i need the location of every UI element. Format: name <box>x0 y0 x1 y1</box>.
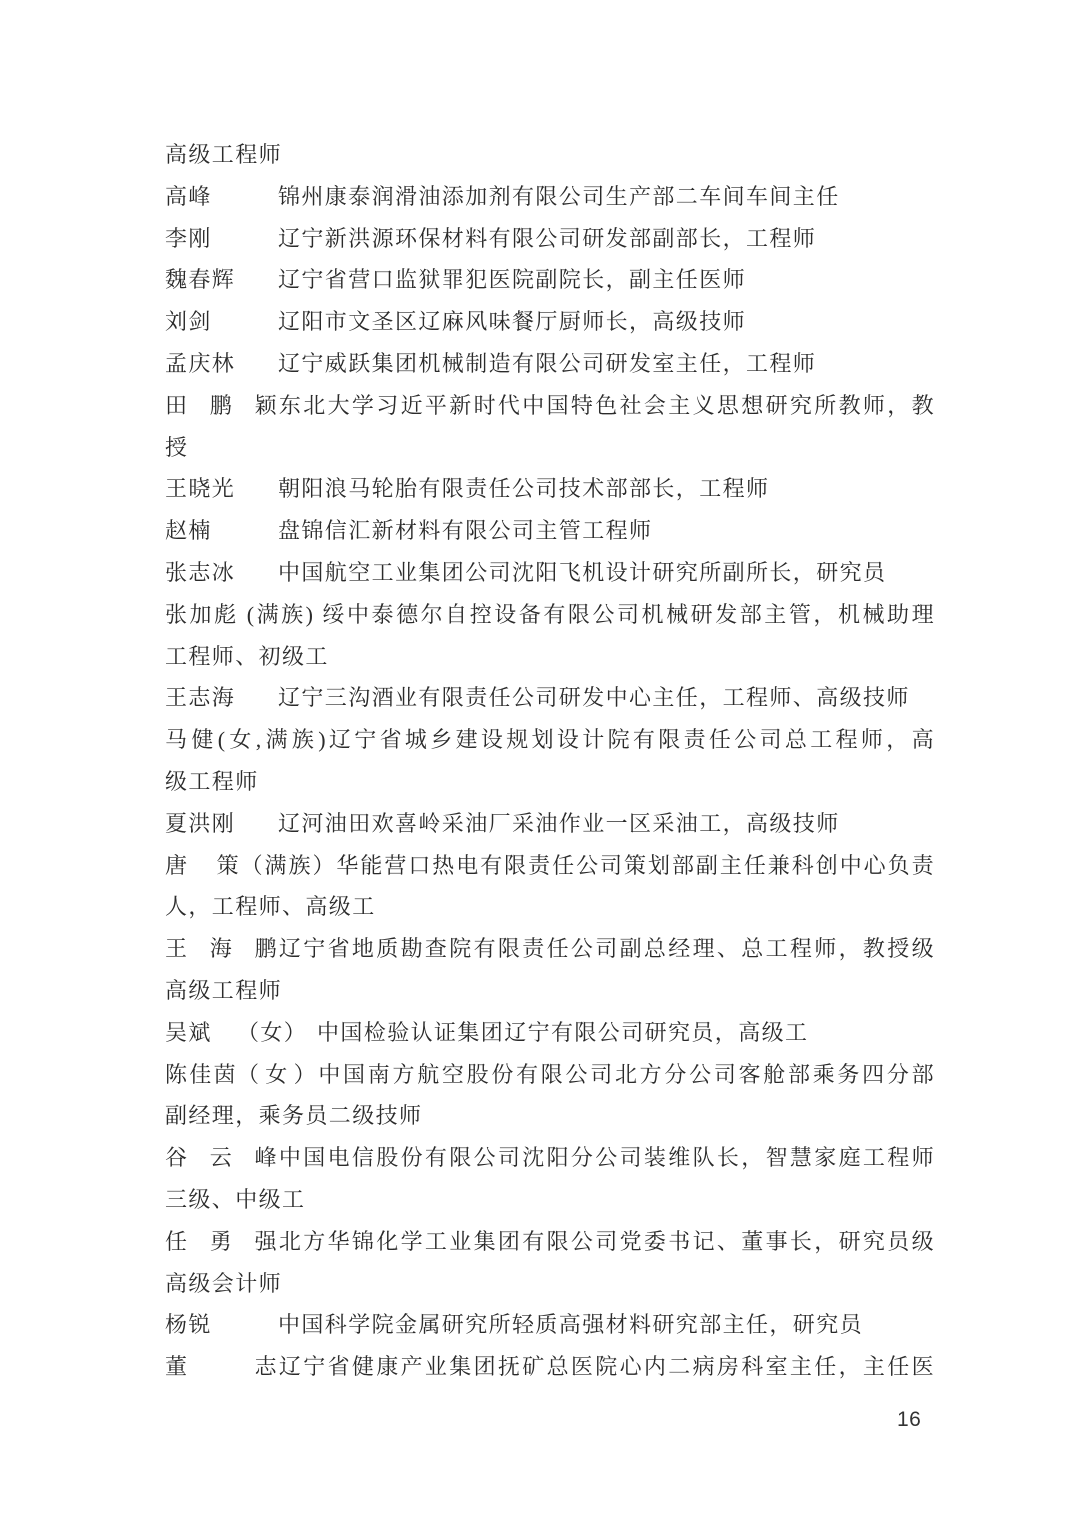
entry-description-continuation: 人，工程师、高级工 <box>165 894 376 919</box>
document-line: 级工程师 <box>165 761 935 803</box>
entry-description-continuation: 高级会计师 <box>165 1271 282 1296</box>
person-name: 董志 <box>165 1346 278 1388</box>
document-line: 副经理，乘务员二级技师 <box>165 1095 935 1137</box>
entry-description: 东北大学习近平新时代中国特色社会主义思想研究所教师，教 <box>278 393 935 418</box>
entry-description: 辽宁省健康产业集团抚矿总医院心内二病房科室主任，主任医 <box>278 1354 935 1379</box>
entry-description: 盘锦信汇新材料有限公司主管工程师 <box>278 518 652 543</box>
document-line: 刘剑辽阳市文圣区辽麻风味餐厅厨师长，高级技师 <box>165 301 935 343</box>
document-line: 魏春辉辽宁省营口监狱罪犯医院副院长，副主任医师 <box>165 259 935 301</box>
person-name: 孟庆林 <box>165 343 278 385</box>
entry-description: 朝阳浪马轮胎有限责任公司技术部部长，工程师 <box>278 476 769 501</box>
document-line: 任勇强北方华锦化学工业集团有限公司党委书记、董事长，研究员级 <box>165 1221 935 1263</box>
gender-annotation: （女） <box>237 1012 317 1054</box>
section-title: 高级工程师 <box>165 142 282 167</box>
document-line: 高级会计师 <box>165 1263 935 1305</box>
entry-description-continuation: 三级、中级工 <box>165 1187 305 1212</box>
person-name: 任勇强 <box>165 1221 278 1263</box>
entry-description: 中国航空工业集团公司沈阳飞机设计研究所副所长，研究员 <box>278 560 886 585</box>
person-name: 田鹏颖 <box>165 385 278 427</box>
document-line: 田鹏颖东北大学习近平新时代中国特色社会主义思想研究所教师，教 <box>165 385 935 427</box>
entry-description: 辽宁省城乡建设规划设计院有限责任公司总工程师，高 <box>327 727 935 752</box>
document-line: 王志海辽宁三沟酒业有限责任公司研发中心主任，工程师、高级技师 <box>165 677 935 719</box>
person-name: 谷云峰 <box>165 1137 278 1179</box>
document-line: 谷云峰中国电信股份有限公司沈阳分公司装维队长，智慧家庭工程师 <box>165 1137 935 1179</box>
entry-description: 辽阳市文圣区辽麻风味餐厅厨师长，高级技师 <box>278 309 746 334</box>
entry-description-continuation: 授 <box>165 435 188 460</box>
document-page: 高级工程师高峰锦州康泰润滑油添加剂有限公司生产部二车间车间主任李刚辽宁新洪源环保… <box>0 0 1080 1527</box>
person-name: 马健(女,满族) <box>165 719 327 761</box>
document-line: 陈佳茵（女）中国南方航空股份有限公司北方分公司客舱部乘务四分部 <box>165 1054 935 1096</box>
document-line: 夏洪刚辽河油田欢喜岭采油厂采油作业一区采油工，高级技师 <box>165 803 935 845</box>
entry-description: 锦州康泰润滑油添加剂有限公司生产部二车间车间主任 <box>278 184 840 209</box>
person-name: 陈佳茵 <box>165 1054 237 1096</box>
entry-description: 辽宁省地质勘查院有限责任公司副总经理、总工程师，教授级 <box>278 936 935 961</box>
person-name: 吴斌 <box>165 1012 237 1054</box>
entry-description: 辽宁威跃集团机械制造有限公司研发室主任，工程师 <box>278 351 816 376</box>
page-number: 16 <box>897 1405 921 1435</box>
person-name: 刘剑 <box>165 301 278 343</box>
document-line: 高级工程师 <box>165 134 935 176</box>
person-name: 李刚 <box>165 218 278 260</box>
document-line: 唐策（满族）华能营口热电有限责任公司策划部副主任兼科创中心负责 <box>165 845 935 887</box>
person-name: 杨锐 <box>165 1304 278 1346</box>
document-line: 张加彪 (满族) 绥中泰德尔自控设备有限公司机械研发部主管，机械助理 <box>165 594 935 636</box>
entry-description-continuation: 级工程师 <box>165 769 259 794</box>
entry-description: 中国科学院金属研究所轻质高强材料研究部主任，研究员 <box>278 1312 863 1337</box>
person-name: 张志冰 <box>165 552 278 594</box>
entry-description-continuation: 高级工程师 <box>165 978 282 1003</box>
document-line: 李刚辽宁新洪源环保材料有限公司研发部副部长，工程师 <box>165 218 935 260</box>
document-body: 高级工程师高峰锦州康泰润滑油添加剂有限公司生产部二车间车间主任李刚辽宁新洪源环保… <box>165 134 935 1388</box>
entry-description: 中国电信股份有限公司沈阳分公司装维队长，智慧家庭工程师 <box>278 1145 935 1170</box>
entry-description: 辽宁省营口监狱罪犯医院副院长，副主任医师 <box>278 267 746 292</box>
document-line: 人，工程师、高级工 <box>165 886 935 928</box>
document-line: 高峰锦州康泰润滑油添加剂有限公司生产部二车间车间主任 <box>165 176 935 218</box>
document-line: 杨锐中国科学院金属研究所轻质高强材料研究部主任，研究员 <box>165 1304 935 1346</box>
entry-description: （满族）华能营口热电有限责任公司策划部副主任兼科创中心负责 <box>240 853 935 878</box>
person-name: 王海鹏 <box>165 928 278 970</box>
document-line: 董志辽宁省健康产业集团抚矿总医院心内二病房科室主任，主任医 <box>165 1346 935 1388</box>
person-name: 高峰 <box>165 176 278 218</box>
entry-description: 中国南方航空股份有限公司北方分公司客舱部乘务四分部 <box>317 1062 935 1087</box>
document-line: 王晓光朝阳浪马轮胎有限责任公司技术部部长，工程师 <box>165 468 935 510</box>
document-line: 张志冰中国航空工业集团公司沈阳飞机设计研究所副所长，研究员 <box>165 552 935 594</box>
person-name: 魏春辉 <box>165 259 278 301</box>
entry-description: 辽河油田欢喜岭采油厂采油作业一区采油工，高级技师 <box>278 811 840 836</box>
entry-description: 北方华锦化学工业集团有限公司党委书记、董事长，研究员级 <box>278 1229 935 1254</box>
entry-text: 张加彪 (满族) 绥中泰德尔自控设备有限公司机械研发部主管，机械助理 <box>165 602 935 627</box>
document-line: 工程师、初级工 <box>165 636 935 678</box>
entry-description: 辽宁新洪源环保材料有限公司研发部副部长，工程师 <box>278 226 816 251</box>
document-line: 吴斌（女）中国检验认证集团辽宁有限公司研究员，高级工 <box>165 1012 935 1054</box>
person-name: 唐策 <box>165 845 240 887</box>
gender-annotation: （女） <box>237 1054 317 1096</box>
document-line: 三级、中级工 <box>165 1179 935 1221</box>
entry-description: 辽宁三沟酒业有限责任公司研发中心主任，工程师、高级技师 <box>278 685 910 710</box>
person-name: 赵楠 <box>165 510 278 552</box>
person-name: 夏洪刚 <box>165 803 278 845</box>
entry-description-continuation: 工程师、初级工 <box>165 644 329 669</box>
entry-description-continuation: 副经理，乘务员二级技师 <box>165 1103 422 1128</box>
person-name: 王晓光 <box>165 468 278 510</box>
document-line: 孟庆林辽宁威跃集团机械制造有限公司研发室主任，工程师 <box>165 343 935 385</box>
document-line: 赵楠盘锦信汇新材料有限公司主管工程师 <box>165 510 935 552</box>
entry-description: 中国检验认证集团辽宁有限公司研究员，高级工 <box>317 1020 808 1045</box>
person-name: 王志海 <box>165 677 278 719</box>
document-line: 高级工程师 <box>165 970 935 1012</box>
document-line: 马健(女,满族)辽宁省城乡建设规划设计院有限责任公司总工程师，高 <box>165 719 935 761</box>
document-line: 授 <box>165 427 935 469</box>
document-line: 王海鹏辽宁省地质勘查院有限责任公司副总经理、总工程师，教授级 <box>165 928 935 970</box>
